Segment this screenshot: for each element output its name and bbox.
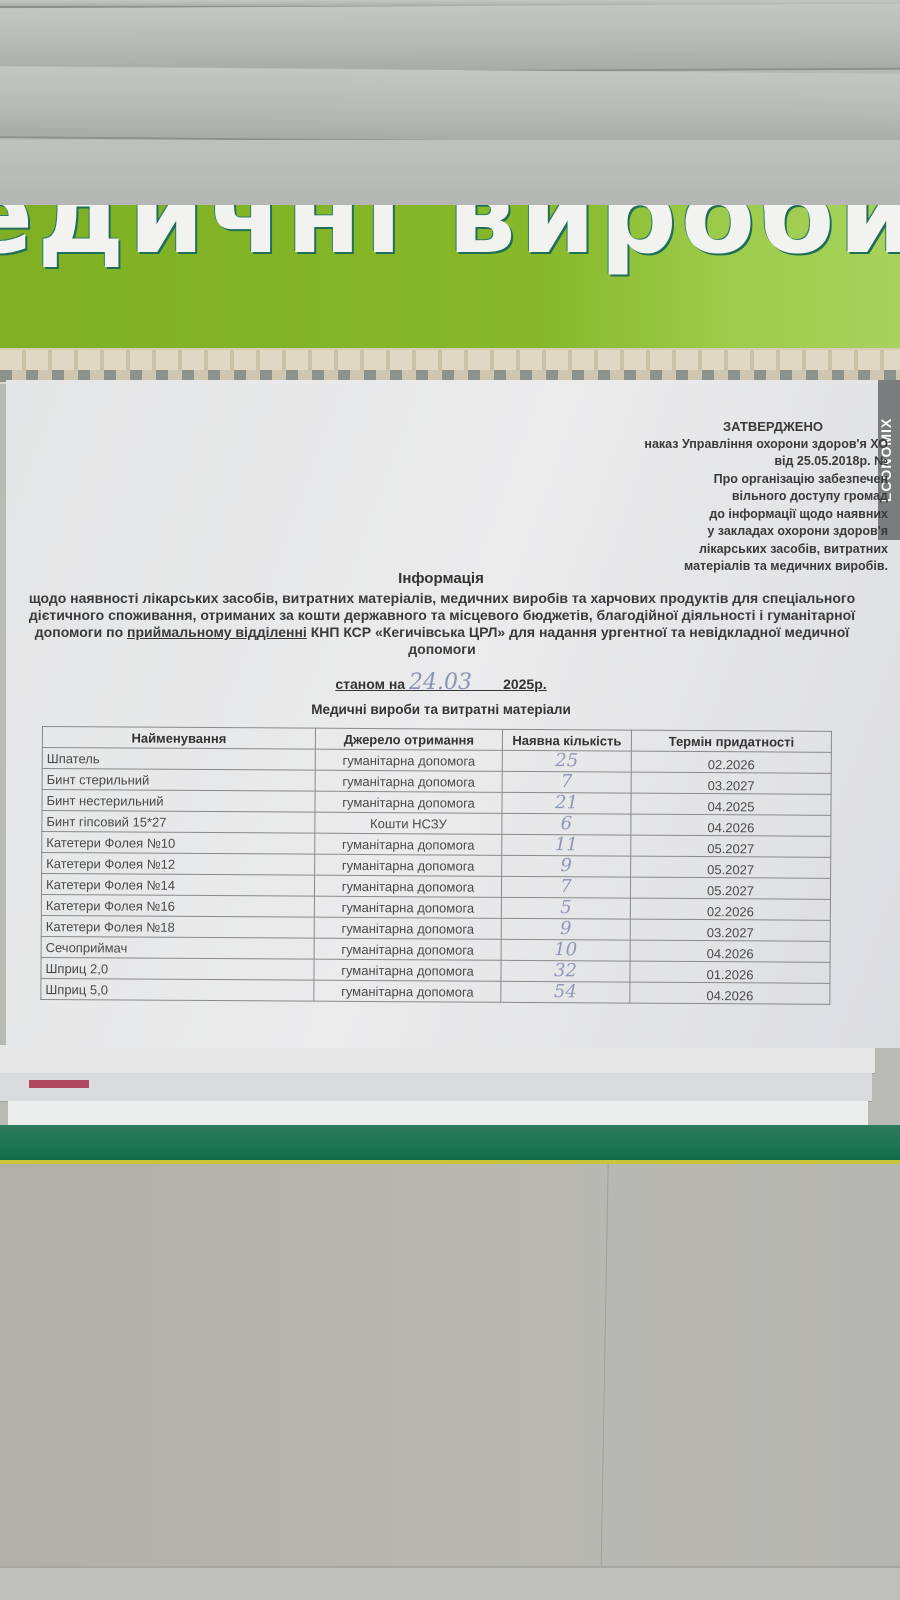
item-name: Шприц 2,0 bbox=[41, 957, 314, 980]
item-expiry: 05.2027 bbox=[631, 856, 831, 878]
item-expiry: 01.2026 bbox=[630, 961, 830, 983]
item-quantity: 6 bbox=[502, 813, 631, 835]
approval-line: від 25.05.2018р. № bbox=[548, 453, 888, 471]
approval-block: ЗАТВЕРДЖЕНО наказ Управління охорони здо… bbox=[548, 418, 888, 576]
underlying-sheet bbox=[8, 1101, 868, 1126]
info-sheet: ECONOMIX ЗАТВЕРДЖЕНО наказ Управління ох… bbox=[6, 380, 900, 1048]
item-expiry: 04.2025 bbox=[631, 793, 831, 815]
item-expiry: 03.2027 bbox=[630, 919, 830, 941]
green-board-edge bbox=[0, 1125, 900, 1162]
blind-slat bbox=[0, 66, 900, 146]
underlying-sheet bbox=[0, 1073, 872, 1102]
as-of-label: станом на bbox=[335, 676, 405, 692]
section-title: Медичні вироби та витратні матеріали bbox=[6, 702, 876, 717]
item-quantity: 9 bbox=[501, 918, 630, 940]
item-expiry: 02.2026 bbox=[631, 751, 831, 773]
document-title: Інформація bbox=[6, 570, 876, 587]
approval-line: вільного доступу громад bbox=[548, 488, 888, 506]
column-header-expiry: Термін придатності bbox=[631, 730, 831, 752]
column-header-source: Джерело отримання bbox=[315, 728, 502, 750]
blind-slat bbox=[0, 140, 900, 210]
approval-line: до інформації щодо наявних bbox=[548, 506, 888, 524]
department-name: приймальному відділенні bbox=[127, 624, 307, 640]
table-row: Шприц 5,0гуманітарна допомога5404.2026 bbox=[41, 978, 830, 1004]
wall-baseboard bbox=[0, 1566, 900, 1600]
approval-line: лікарських засобів, витратних bbox=[548, 541, 888, 559]
item-name: Катетери Фолея №10 bbox=[42, 832, 315, 855]
item-quantity: 7 bbox=[502, 771, 631, 793]
banner-title: едичні вироби bbox=[0, 205, 900, 278]
item-expiry: 04.2026 bbox=[630, 982, 830, 1004]
item-source: гуманітарна допомога bbox=[314, 980, 501, 1002]
item-name: Бинт гіпсовий 15*27 bbox=[42, 811, 315, 834]
item-name: Бинт стерильний bbox=[42, 769, 315, 792]
as-of-date: станом на 24.03 2025р. bbox=[6, 670, 876, 695]
item-name: Шприц 5,0 bbox=[41, 978, 314, 1001]
item-quantity: 5 bbox=[501, 897, 630, 919]
wall bbox=[0, 1164, 900, 1600]
item-source: гуманітарна допомога bbox=[315, 791, 502, 813]
item-expiry: 05.2027 bbox=[631, 835, 831, 857]
approval-line: Про організацію забезпечен bbox=[548, 471, 888, 489]
item-source: гуманітарна допомога bbox=[315, 833, 502, 855]
item-expiry: 03.2027 bbox=[631, 772, 831, 794]
item-expiry: 05.2027 bbox=[630, 877, 830, 899]
column-header-quantity: Наявна кількість bbox=[502, 729, 631, 751]
item-name: Катетери Фолея №16 bbox=[41, 894, 314, 917]
item-quantity: 32 bbox=[501, 960, 630, 982]
item-expiry: 02.2026 bbox=[630, 898, 830, 920]
item-quantity: 9 bbox=[502, 855, 631, 877]
item-quantity: 21 bbox=[502, 792, 631, 814]
item-expiry: 04.2026 bbox=[630, 940, 830, 962]
item-source: Кошти НСЗУ bbox=[315, 812, 502, 834]
item-name: Катетери Фолея №18 bbox=[41, 915, 314, 938]
document-description: щодо наявності лікарських засобів, витра… bbox=[12, 590, 872, 658]
item-source: гуманітарна допомога bbox=[314, 938, 501, 960]
item-quantity: 25 bbox=[502, 750, 631, 772]
approval-title: ЗАТВЕРДЖЕНО bbox=[548, 418, 888, 436]
green-banner: едичні вироби bbox=[0, 205, 900, 355]
item-name: Сечоприймач bbox=[41, 936, 314, 959]
item-name: Катетери Фолея №12 bbox=[42, 853, 315, 876]
item-source: гуманітарна допомога bbox=[314, 896, 501, 918]
as-of-year: 2025р. bbox=[503, 676, 547, 692]
blind-slat bbox=[0, 4, 900, 75]
underlying-sheet bbox=[0, 1045, 875, 1074]
item-name: Бинт нестерильний bbox=[42, 790, 315, 813]
inventory-table: Найменування Джерело отримання Наявна кі… bbox=[40, 726, 832, 1005]
item-quantity: 11 bbox=[502, 834, 631, 856]
item-expiry: 04.2026 bbox=[631, 814, 831, 836]
item-quantity: 54 bbox=[501, 981, 630, 1003]
item-name: Катетери Фолея №14 bbox=[41, 874, 314, 897]
item-source: гуманітарна допомога bbox=[315, 749, 502, 771]
red-tab bbox=[29, 1080, 89, 1088]
approval-line: у закладах охорони здоров'я bbox=[548, 523, 888, 541]
item-name: Шпатель bbox=[42, 748, 315, 771]
item-source: гуманітарна допомога bbox=[314, 875, 501, 897]
column-header-name: Найменування bbox=[42, 727, 315, 750]
approval-line: наказ Управління охорони здоров'я ХО bbox=[548, 436, 888, 454]
item-source: гуманітарна допомога bbox=[315, 854, 502, 876]
item-source: гуманітарна допомога bbox=[315, 770, 502, 792]
item-quantity: 10 bbox=[501, 939, 630, 961]
item-source: гуманітарна допомога bbox=[314, 959, 501, 981]
description-text: КНП КСР «Кегичівська ЦРЛ» для надання ур… bbox=[307, 624, 849, 657]
item-source: гуманітарна допомога bbox=[314, 917, 501, 939]
item-quantity: 7 bbox=[501, 876, 630, 898]
handwritten-date: 24.03 bbox=[409, 670, 472, 695]
